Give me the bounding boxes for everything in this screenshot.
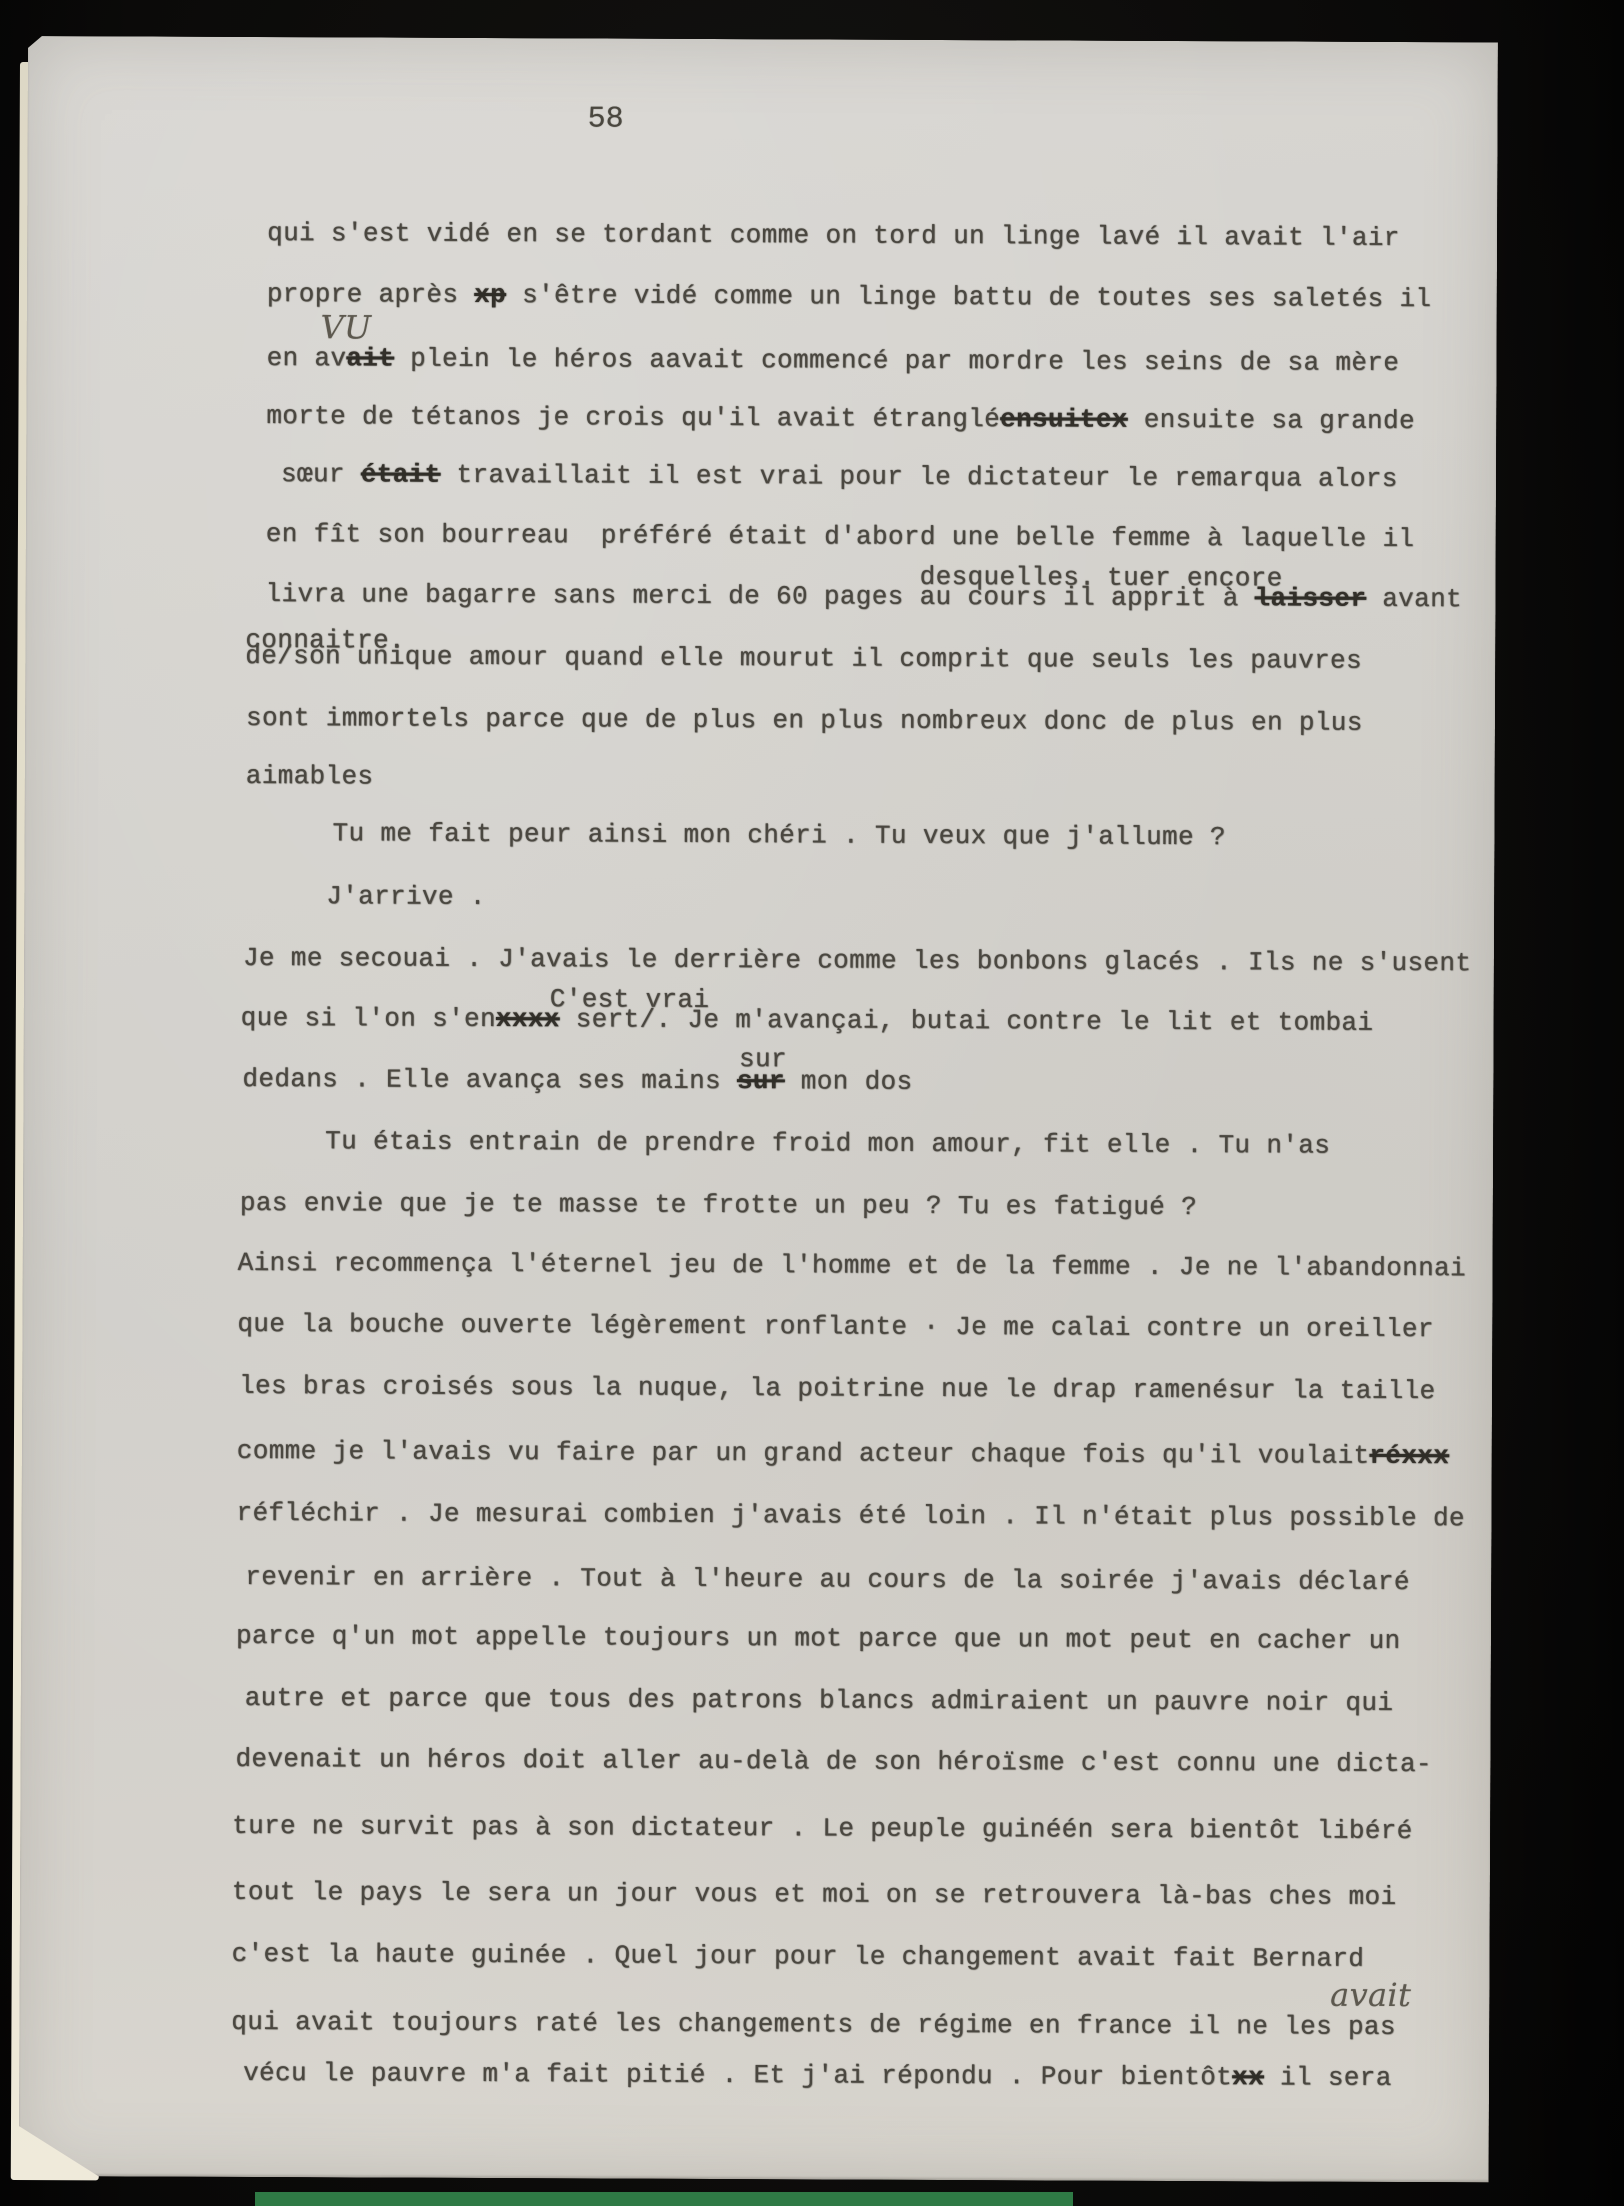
struck-text: était	[361, 459, 441, 489]
typed-text: propre après	[267, 279, 475, 310]
typed-line: vécu le pauvre m'a fait pitié . Et j'ai …	[243, 2058, 1392, 2093]
typed-text: Tu étais entrain de prendre froid mon am…	[325, 1126, 1330, 1160]
struck-text: réxxx	[1369, 1441, 1449, 1471]
typed-text: avant	[1366, 584, 1462, 614]
typed-text: ture ne survit pas à son dictateur . Le …	[232, 1811, 1413, 1846]
typed-line: sœur était travaillait il est vrai pour …	[281, 459, 1398, 494]
typed-line: morte de tétanos je crois qu'il avait ét…	[266, 401, 1415, 436]
typed-line: connaitre.de/son unique amour quand elle…	[245, 641, 1362, 676]
typed-line: c'est la haute guinée . Quel jour pour l…	[232, 1939, 1365, 1974]
typed-text: Tu me fait peur ainsi mon chéri . Tu veu…	[332, 818, 1225, 852]
typed-line: pas envie que je te masse te frotte un p…	[240, 1188, 1197, 1222]
typed-line: sont immortels parce que de plus en plus…	[246, 703, 1363, 738]
typed-line: tout le pays le sera un jour vous et moi…	[232, 1877, 1397, 1912]
typed-text: comme je l'avais vu faire par un grand a…	[237, 1436, 1370, 1471]
typed-text: tout le pays le sera un jour vous et moi…	[232, 1877, 1397, 1912]
typed-text: c'est la haute guinée . Quel jour pour l…	[232, 1939, 1365, 1974]
typed-line: réfléchir . Je mesurai combien j'avais é…	[236, 1498, 1464, 1533]
typed-text: plein le héros aavait commencé par mordr…	[394, 344, 1399, 378]
typed-text: travaillait il est vrai pour le dictateu…	[441, 460, 1398, 494]
typed-text: ensuite sa grande	[1128, 405, 1415, 436]
typed-line: les bras croisés sous la nuque, la poitr…	[239, 1371, 1436, 1406]
typed-text: qui avait toujours raté les changements …	[231, 2007, 1332, 2042]
typed-text: pas envie que je te masse te frotte un p…	[240, 1188, 1197, 1222]
typed-line: aimables	[246, 761, 374, 792]
typed-text: aimables	[246, 761, 374, 792]
bottom-green-strip	[255, 2192, 1073, 2206]
typed-text: revenir en arrière . Tout à l'heure au c…	[245, 1562, 1410, 1597]
typed-text: en fît son bourreau préféré était d'abor…	[266, 519, 1415, 554]
typed-line: dedans . Elle avança ses mains sursur mo…	[242, 1064, 912, 1097]
typed-text: en	[267, 343, 315, 373]
typed-text: parce q'un mot appelle toujours un mot p…	[236, 1621, 1401, 1656]
typed-text: devenait un héros doit aller au-delà de …	[235, 1744, 1432, 1779]
typed-text: s'être vidé comme un linge battu de tout…	[506, 280, 1431, 314]
typed-text: réfléchir . Je mesurai combien j'avais é…	[236, 1498, 1464, 1533]
typed-line: J'arrive .	[326, 881, 486, 912]
struck-text: ait	[346, 343, 394, 373]
typed-text: Je me secouai . J'avais le derrière comm…	[243, 943, 1471, 978]
typed-text: que si l'on s'en	[241, 1003, 496, 1034]
typed-text: Ainsi recommença l'éternel jeu de l'homm…	[238, 1248, 1466, 1283]
typed-line: propre après xp s'être vidé comme un lin…	[267, 279, 1432, 314]
typed-text: mon dos	[785, 1066, 913, 1097]
typed-text: pas	[1332, 2012, 1396, 2042]
typed-line: que si l'on s'enxxxx C'est vraisert/. Je…	[241, 1003, 1374, 1038]
typed-line: Je me secouai . J'avais le derrière comm…	[243, 943, 1471, 978]
typed-line: comme je l'avais vu faire par un grand a…	[237, 1436, 1450, 1471]
struck-text: xx	[1232, 2062, 1264, 2092]
typed-text: les bras croisés sous la nuque, la poitr…	[239, 1371, 1436, 1406]
typed-line: autre et parce que tous des patrons blan…	[245, 1683, 1394, 1718]
typed-line: qui s'est vidé en se tordant comme on to…	[267, 218, 1400, 253]
typed-line: ture ne survit pas à son dictateur . Le …	[232, 1811, 1413, 1846]
typed-text: vécu le pauvre m'a fait pitié . Et j'ai …	[243, 2058, 1232, 2092]
typed-text: autre et parce que tous des patrons blan…	[245, 1683, 1394, 1718]
typed-line: devenait un héros doit aller au-delà de …	[235, 1744, 1432, 1779]
manuscript-page: 58 qui s'est vidé en se tordant comme on…	[19, 36, 1498, 2182]
typed-line: Tu me fait peur ainsi mon chéri . Tu veu…	[332, 818, 1225, 852]
typed-text: sœur	[281, 459, 361, 489]
typed-line: en VUavait plein le héros aavait commenc…	[267, 339, 1400, 378]
desk-background: 58 qui s'est vidé en se tordant comme on…	[0, 0, 1624, 2206]
typed-text: morte de tétanos je crois qu'il avait ét…	[266, 401, 1000, 434]
typed-text: de/son unique amour quand elle mourut il…	[245, 641, 1362, 676]
typed-line: que la bouche ouverte légèrement ronflan…	[237, 1309, 1434, 1344]
typed-line: parce q'un mot appelle toujours un mot p…	[236, 1621, 1401, 1656]
typed-line: en fît son bourreau préféré était d'abor…	[266, 519, 1415, 554]
typed-text: dedans . Elle avança ses mains	[242, 1064, 737, 1096]
typed-line: revenir en arrière . Tout à l'heure au c…	[245, 1562, 1410, 1597]
typed-text: J'arrive .	[326, 881, 486, 912]
typed-line: Tu étais entrain de prendre froid mon am…	[325, 1126, 1330, 1160]
typed-text: sont immortels parce que de plus en plus…	[246, 703, 1363, 738]
typed-line: Ainsi recommença l'éternel jeu de l'homm…	[238, 1248, 1466, 1283]
struck-text: xp	[474, 280, 506, 310]
typed-text: av	[314, 343, 346, 373]
typed-text: que la bouche ouverte légèrement ronflan…	[237, 1309, 1434, 1344]
struck-text: ensuitex	[1000, 404, 1128, 435]
typed-line: qui avait toujours raté les changements …	[231, 2003, 1396, 2042]
typed-text: il sera	[1264, 2062, 1392, 2093]
typed-text: qui s'est vidé en se tordant comme on to…	[267, 218, 1400, 253]
typed-text: livra une bagarre sans merci de 60 pages	[266, 579, 920, 612]
page-number: 58	[588, 102, 624, 136]
typed-line: livra une bagarre sans merci de 60 pages…	[266, 579, 1463, 614]
